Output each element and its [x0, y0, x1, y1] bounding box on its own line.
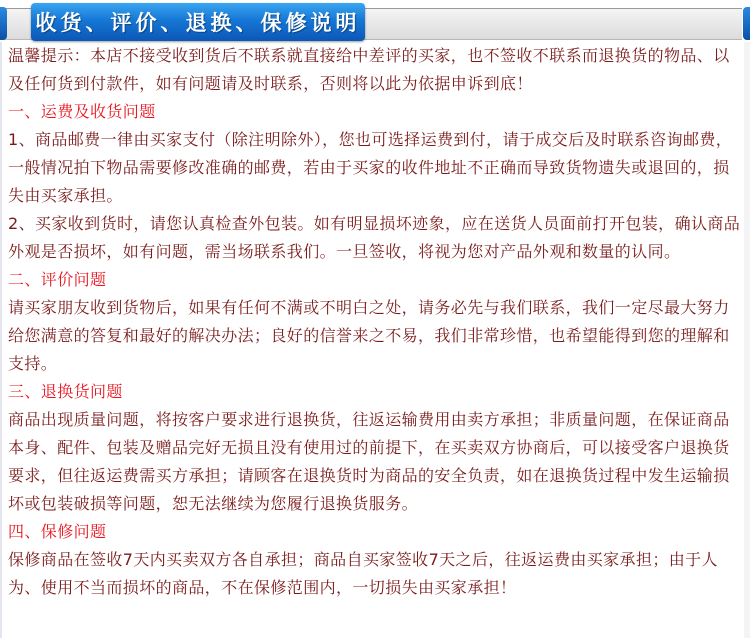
policy-content: 温馨提示：本店不接受收到货后不联系就直接给中差评的买家，也不签收不联系而退换货的…: [8, 42, 744, 602]
shipping-paragraph-1: 1、商品邮费一律由买家支付（除注明除外），您也可选择运费到付，请于成交后及时联系…: [8, 126, 744, 210]
section-heading-shipping: 一、运费及收货问题: [8, 98, 744, 126]
warranty-paragraph: 保修商品在签收7天内买卖双方各自承担；商品自买家签收7天之后，往返运费由买家承担…: [8, 546, 744, 602]
right-divider: [744, 42, 750, 638]
header-title-box: 收货、评价、退换、保修说明: [31, 3, 365, 41]
section-heading-returns: 三、退换货问题: [8, 378, 744, 406]
page-title: 收货、评价、退换、保修说明: [36, 7, 361, 37]
left-divider: [0, 42, 2, 638]
header-right-cap: [743, 7, 750, 40]
review-paragraph: 请买家朋友收到货物后，如果有任何不满或不明白之处，请务必先与我们联系，我们一定尽…: [8, 294, 744, 378]
section-heading-warranty: 四、保修问题: [8, 518, 744, 546]
section-heading-review: 二、评价问题: [8, 266, 744, 294]
notice-text: 温馨提示：本店不接受收到货后不联系就直接给中差评的买家，也不签收不联系而退换货的…: [8, 42, 744, 98]
returns-paragraph: 商品出现质量问题，将按客户要求进行退换货，往返运输费用由卖方承担；非质量问题，在…: [8, 406, 744, 518]
header-left-cap: [0, 7, 7, 40]
shipping-paragraph-2: 2、买家收到货时，请您认真检查外包装。如有明显损坏迹象，应在送货人员面前打开包装…: [8, 210, 744, 266]
header-banner: 收货、评价、退换、保修说明: [0, 0, 750, 42]
